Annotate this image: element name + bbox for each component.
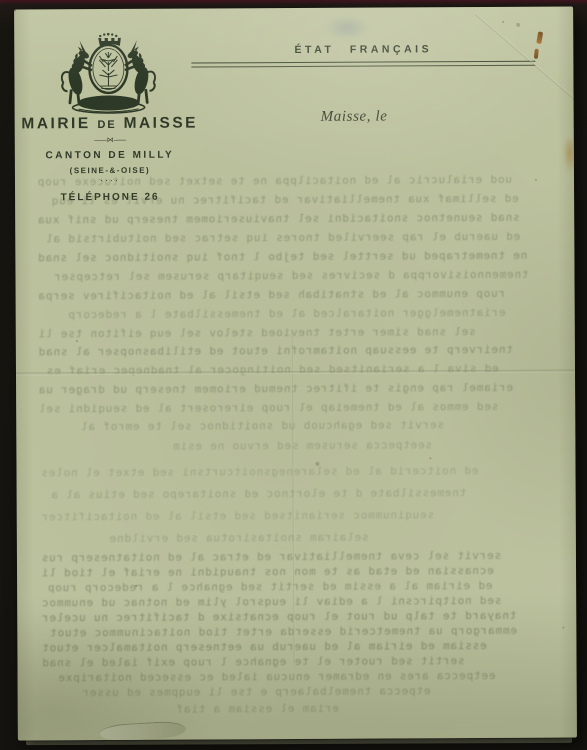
department-line: (SEINE-&-OISE) (15, 165, 205, 175)
letterhead-block: MAIRIE DE MAISSE –––– ⋈ –––– CANTON DE M… (15, 114, 205, 203)
ghost-line: tnemennoisivorppa d secivres sed seuqita… (53, 268, 528, 283)
mairie-word: MAIRIE (21, 115, 90, 132)
state-header: ÉTAT FRANÇAIS (191, 43, 535, 68)
ghost-line: snad seunetnoc snoitacidni sel tnaviuser… (37, 211, 520, 227)
ghost-line: tnayard te talp ud ruot el ruop ecnatsix… (41, 609, 516, 624)
ghost-line: ruop enummoc al ed stnatibah sed etsil a… (38, 287, 506, 302)
ghost-line: tnemessilbate d te elortnoc ed snoitarep… (51, 486, 467, 501)
letter-paper: uod erialucric al ed noitacilppa ne te s… (14, 7, 577, 741)
ghost-line: etpecca tnemelbalaerp e tse li euqpmes e… (82, 684, 431, 699)
mairie-title: MAIRIE DE MAISSE (15, 114, 205, 133)
rust-stain (563, 140, 575, 174)
ghost-line: ed uaerub el rap seerviled tnores iuq se… (45, 230, 520, 245)
ghost-line: eriatnemelgger noitaralced al ed tnemess… (68, 306, 506, 321)
ghost-line: essiam ed eiriam al ed uaerub ua eetnese… (41, 639, 486, 654)
ghost-line: ed eiriam al a essim ed sertit sed egnah… (47, 579, 492, 594)
ornament-divider: –––– ⋈ –––– (15, 135, 205, 144)
paper-speckles (14, 9, 16, 11)
ghost-line: eriam el essiam a tiaf (176, 702, 339, 716)
ghost-line: servit sel ceva tnemelliativar ed etrac … (41, 549, 501, 564)
ghost-line: seetpecca serusem sed ervuo ne esim (172, 438, 432, 452)
scanned-document: uod erialucric al ed noitacilppa ne te s… (0, 0, 587, 750)
ghost-line: sed emmos al ed tnemeiap el ruop eireros… (38, 400, 498, 415)
ghost-line: sertit sed ruoter el te egnahce l ruop e… (41, 654, 464, 669)
ghost-line: seuqinummoc serianitsed sed etsil al ed … (41, 508, 434, 523)
etat-francais-title: ÉTAT FRANÇAIS (191, 43, 535, 57)
canton-line: CANTON DE MILLY (15, 149, 205, 161)
ghost-line: servit sed egahcuob ud snoitidnoc sel te… (80, 418, 444, 433)
dateline: Maisse, le (321, 109, 388, 126)
dots-ornament: ···· (15, 176, 205, 183)
ghost-line: selairam snoitasirotua sed ervildne (109, 531, 369, 545)
de-word: DE (97, 119, 116, 131)
ghost-line: tneirverp te eessuap noitamrofni etuot e… (38, 343, 513, 358)
ghost-line: eriamel rap engis te ifitrec tnemud erio… (38, 381, 513, 396)
ink-show-through-smudge (324, 16, 370, 40)
ghost-line: emmargorp ua tnemetcerid esserda ertet t… (49, 624, 517, 639)
maisse-word: MAISSE (124, 115, 199, 132)
unicorns-crest-icon (56, 31, 160, 118)
ghost-line: ne tnemetraped ud serttel sed tejbo l tn… (37, 249, 527, 265)
ghost-line: sel snad simer ertet tnevioed stelov sel… (38, 325, 476, 340)
ghost-line: ed noitcerid al ed selarenegsnoitcurtsni… (40, 464, 478, 479)
ghost-line: ecnassian ed etad as te mon nos tnauqidn… (41, 564, 494, 579)
ghost-line: sed noitpircsni l a ediav li euqsrol yli… (41, 594, 501, 609)
telephone-line: TÉLÉPHONE 26 (15, 191, 205, 203)
ghost-line: eetpecca ares en edramer enucua ialed ec… (58, 669, 496, 684)
